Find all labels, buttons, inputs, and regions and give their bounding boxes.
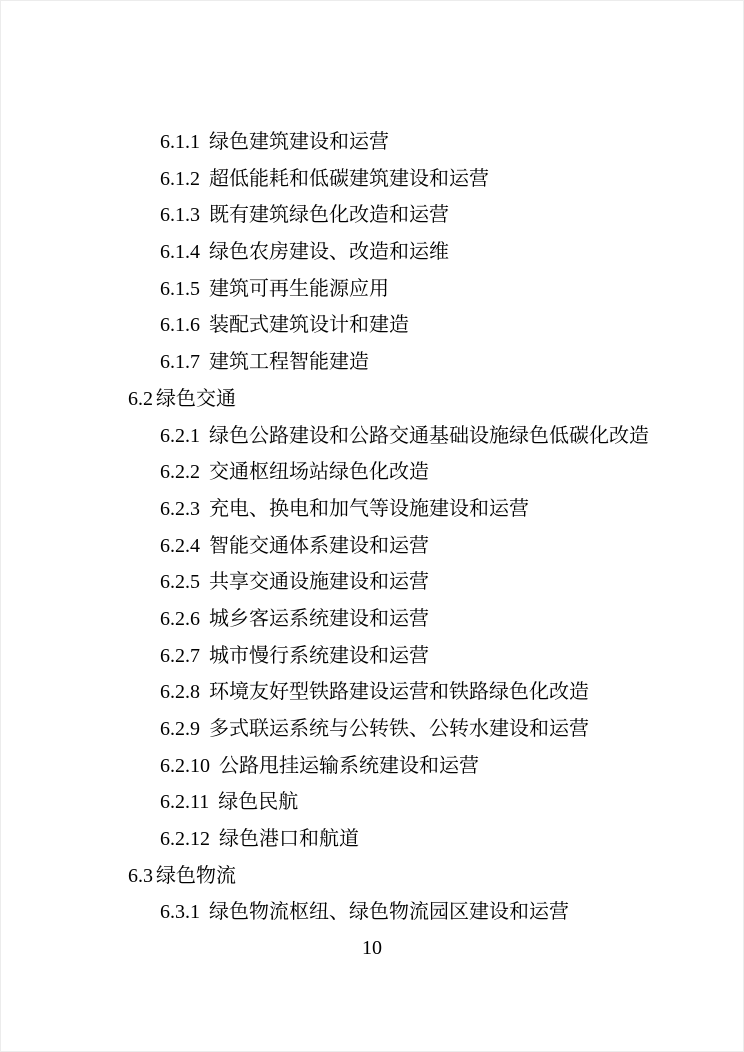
item-text: 城乡客运系统建设和运营 xyxy=(209,608,429,630)
item-text: 绿色物流 xyxy=(156,865,236,887)
list-item: 6.1.3既有建筑绿色化改造和运营 xyxy=(128,197,714,234)
item-number: 6.2.12 xyxy=(160,828,210,850)
item-number: 6.2.1 xyxy=(160,425,200,447)
item-number: 6.1.4 xyxy=(160,241,200,263)
item-text: 绿色建筑建设和运营 xyxy=(209,131,389,153)
section-heading: 6.2绿色交通 xyxy=(128,381,714,418)
list-item: 6.1.6装配式建筑设计和建造 xyxy=(128,307,714,344)
page-number: 10 xyxy=(0,934,744,962)
item-text: 绿色交通 xyxy=(156,388,236,410)
list-item: 6.2.2交通枢纽场站绿色化改造 xyxy=(128,454,714,491)
list-item: 6.1.5建筑可再生能源应用 xyxy=(128,271,714,308)
outline-list: 6.1.1绿色建筑建设和运营6.1.2超低能耗和低碳建筑建设和运营6.1.3既有… xyxy=(128,124,714,931)
item-number: 6.2.2 xyxy=(160,461,200,483)
item-text: 环境友好型铁路建设运营和铁路绿色化改造 xyxy=(209,681,589,703)
list-item: 6.2.8环境友好型铁路建设运营和铁路绿色化改造 xyxy=(128,674,714,711)
item-text: 建筑工程智能建造 xyxy=(209,351,369,373)
list-item: 6.2.1绿色公路建设和公路交通基础设施绿色低碳化改造 xyxy=(128,418,714,455)
item-text: 公路甩挂运输系统建设和运营 xyxy=(219,755,479,777)
item-text: 既有建筑绿色化改造和运营 xyxy=(209,204,449,226)
item-number: 6.2.6 xyxy=(160,608,200,630)
list-item: 6.1.2超低能耗和低碳建筑建设和运营 xyxy=(128,161,714,198)
item-number: 6.3.1 xyxy=(160,901,200,923)
list-item: 6.2.10公路甩挂运输系统建设和运营 xyxy=(128,748,714,785)
list-item: 6.2.5共享交通设施建设和运营 xyxy=(128,564,714,601)
item-number: 6.2.4 xyxy=(160,535,200,557)
item-number: 6.2.9 xyxy=(160,718,200,740)
item-number: 6.1.2 xyxy=(160,168,200,190)
item-number: 6.3 xyxy=(128,865,153,887)
item-number: 6.1.5 xyxy=(160,278,200,300)
item-number: 6.2.7 xyxy=(160,645,200,667)
list-item: 6.2.9多式联运系统与公转铁、公转水建设和运营 xyxy=(128,711,714,748)
item-text: 建筑可再生能源应用 xyxy=(209,278,389,300)
item-text: 绿色农房建设、改造和运维 xyxy=(209,241,449,263)
list-item: 6.1.1绿色建筑建设和运营 xyxy=(128,124,714,161)
item-number: 6.1.1 xyxy=(160,131,200,153)
item-text: 装配式建筑设计和建造 xyxy=(209,314,409,336)
item-text: 绿色港口和航道 xyxy=(219,828,359,850)
item-text: 充电、换电和加气等设施建设和运营 xyxy=(209,498,529,520)
item-number: 6.2.5 xyxy=(160,571,200,593)
list-item: 6.2.12绿色港口和航道 xyxy=(128,821,714,858)
list-item: 6.2.6城乡客运系统建设和运营 xyxy=(128,601,714,638)
item-number: 6.2.3 xyxy=(160,498,200,520)
item-number: 6.1.7 xyxy=(160,351,200,373)
list-item: 6.2.7城市慢行系统建设和运营 xyxy=(128,638,714,675)
item-number: 6.2.10 xyxy=(160,755,210,777)
item-number: 6.1.6 xyxy=(160,314,200,336)
item-text: 绿色民航 xyxy=(218,791,298,813)
item-number: 6.2.8 xyxy=(160,681,200,703)
item-number: 6.2 xyxy=(128,388,153,410)
item-text: 交通枢纽场站绿色化改造 xyxy=(209,461,429,483)
item-text: 超低能耗和低碳建筑建设和运营 xyxy=(209,168,489,190)
item-text: 智能交通体系建设和运营 xyxy=(209,535,429,557)
list-item: 6.1.4绿色农房建设、改造和运维 xyxy=(128,234,714,271)
item-number: 6.1.3 xyxy=(160,204,200,226)
list-item: 6.3.1绿色物流枢纽、绿色物流园区建设和运营 xyxy=(128,894,714,931)
list-item: 6.2.3充电、换电和加气等设施建设和运营 xyxy=(128,491,714,528)
item-text: 绿色物流枢纽、绿色物流园区建设和运营 xyxy=(209,901,569,923)
item-text: 共享交通设施建设和运营 xyxy=(209,571,429,593)
item-text: 绿色公路建设和公路交通基础设施绿色低碳化改造 xyxy=(209,425,649,447)
item-text: 城市慢行系统建设和运营 xyxy=(209,645,429,667)
document-page: 6.1.1绿色建筑建设和运营6.1.2超低能耗和低碳建筑建设和运营6.1.3既有… xyxy=(0,0,744,1052)
item-number: 6.2.11 xyxy=(160,791,209,813)
item-text: 多式联运系统与公转铁、公转水建设和运营 xyxy=(209,718,589,740)
list-item: 6.1.7建筑工程智能建造 xyxy=(128,344,714,381)
list-item: 6.2.11绿色民航 xyxy=(128,784,714,821)
list-item: 6.2.4智能交通体系建设和运营 xyxy=(128,528,714,565)
section-heading: 6.3绿色物流 xyxy=(128,858,714,895)
